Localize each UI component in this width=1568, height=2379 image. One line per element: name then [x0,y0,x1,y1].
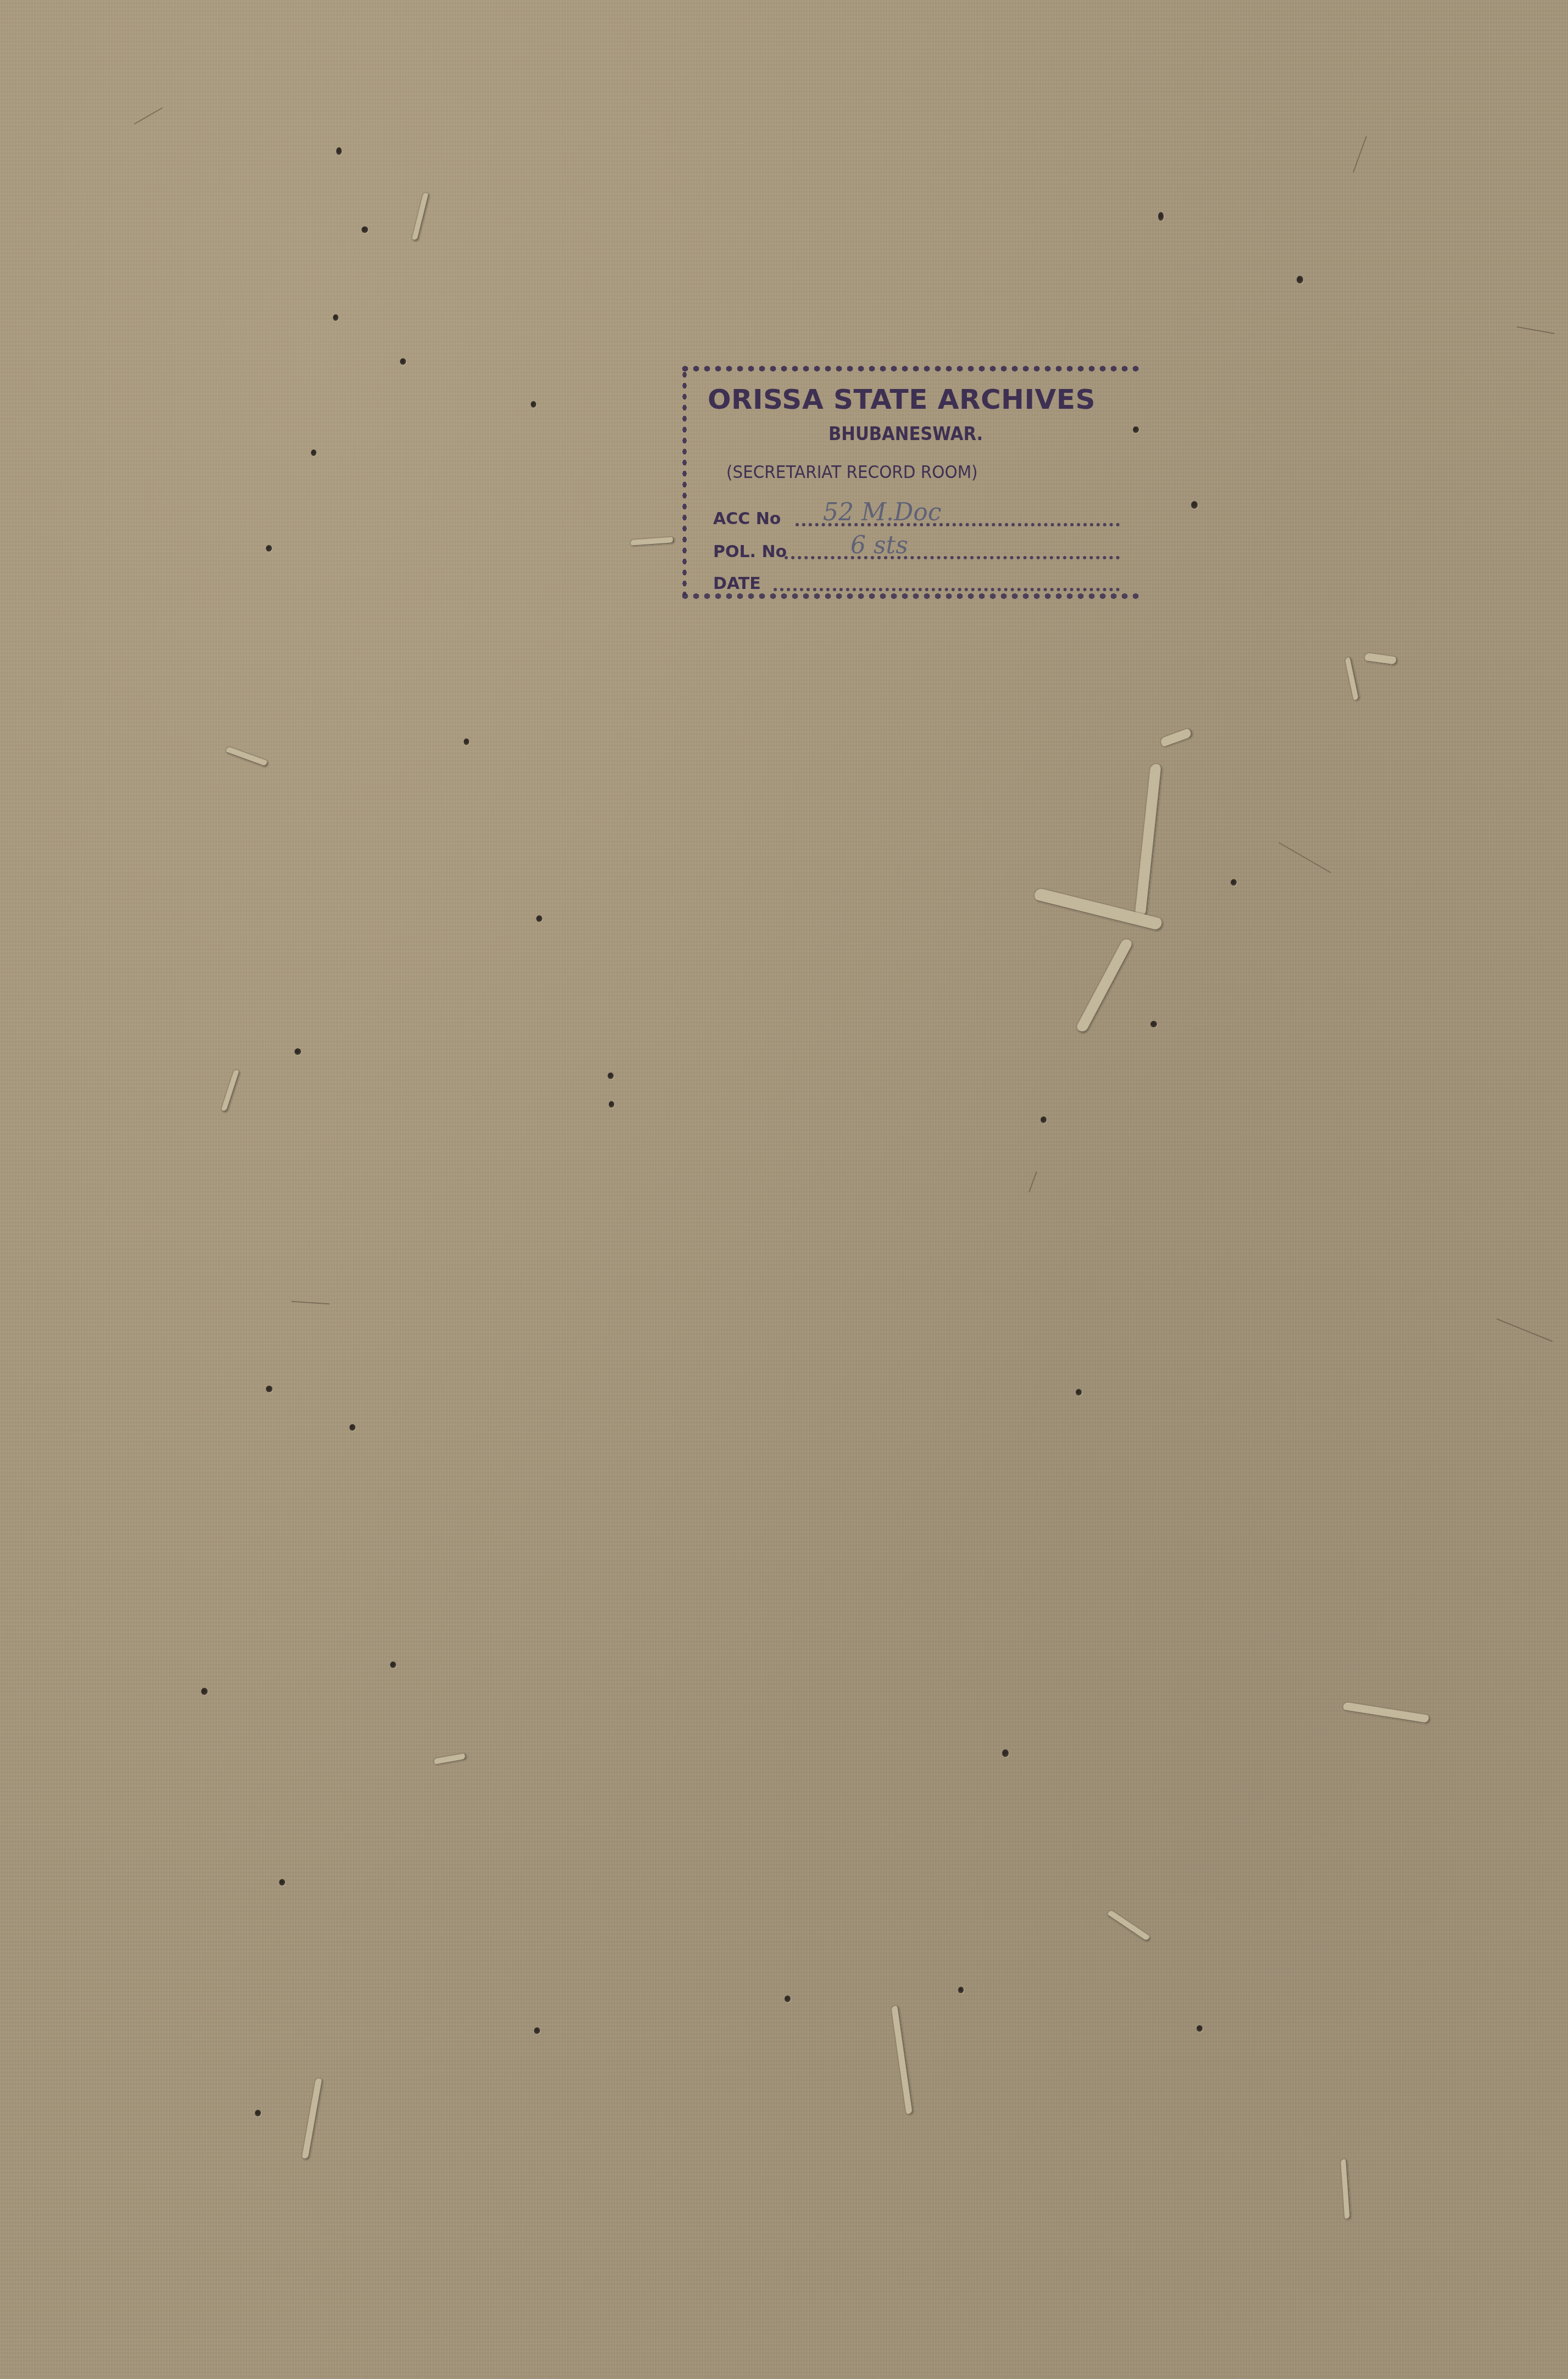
worm-hole [609,1101,614,1108]
dotted-line [785,556,1120,559]
worm-hole [349,1424,355,1431]
worm-trail [1341,2159,1352,2220]
worm-trail [1160,727,1194,748]
worm-trail [433,1753,467,1765]
worm-hole [201,1688,208,1695]
stamp-field-acc-no: ACC No 52 M.Doc [713,501,1120,532]
worm-trail [1075,937,1135,1035]
paper-fiber [1497,1318,1553,1342]
worm-hole [311,449,316,456]
paper-fiber [1028,1171,1037,1192]
paper-damage [0,0,1568,2379]
handwritten-value: 52 M.Doc [823,498,941,526]
worm-hole [1041,1116,1047,1123]
stamp-subtitle: (SECRETARIAT RECORD ROOM) [726,462,978,482]
stamp-field-pol-no: POL. No 6 sts [713,534,1120,565]
worm-trail [1343,1702,1431,1725]
worm-hole [1231,879,1237,886]
worm-trail [221,1069,241,1113]
worm-trail [1345,657,1360,702]
field-label: ACC No [713,509,781,529]
worm-hole [1158,212,1164,221]
stamp-border [680,364,1143,374]
worm-hole [958,1987,964,1993]
worm-hole [1191,501,1198,509]
stamp-title: ORISSA STATE ARCHIVES [708,383,1096,415]
worm-hole [1297,276,1303,284]
worm-hole [255,2110,261,2116]
worm-trail [302,2078,324,2160]
worm-hole [333,314,338,321]
worm-hole [279,1879,285,1886]
handwritten-value: 6 sts [850,531,908,559]
paper-fiber [1353,136,1367,173]
worm-hole [390,1661,396,1668]
field-label: POL. No [713,542,787,562]
worm-hole [1002,1749,1009,1757]
stamp-field-date: DATE [713,566,1120,597]
paper-fiber [1516,326,1554,334]
worm-trail [225,747,269,768]
worm-trail [1107,1910,1151,1943]
worm-hole [1150,1021,1157,1027]
document-cover: ORISSA STATE ARCHIVES BHUBANESWAR. (SECR… [0,0,1568,2379]
field-label: DATE [713,574,761,593]
worm-trail [1135,764,1163,918]
worm-hole [400,358,406,365]
worm-hole [266,1386,273,1392]
paper-fiber [291,1301,330,1305]
worm-trail [1364,653,1398,666]
stamp-border [680,369,689,596]
worm-hole [336,147,342,155]
worm-trail [631,537,675,547]
worm-hole [534,2027,540,2034]
dotted-line [774,588,1120,591]
worm-hole [266,545,272,552]
paper-fiber [134,107,163,125]
worm-hole [536,915,542,922]
worm-hole [362,226,368,233]
worm-hole [608,1072,614,1079]
worm-hole [785,1996,791,2002]
worm-hole [1076,1389,1082,1396]
worm-hole [531,401,536,408]
worm-hole [1197,2025,1203,2032]
paper-fiber [1278,842,1331,874]
worm-trail [412,192,430,242]
worm-hole [294,1048,301,1055]
worm-trail [1033,887,1165,932]
archive-stamp: ORISSA STATE ARCHIVES BHUBANESWAR. (SECR… [680,364,1143,601]
worm-trail [891,2005,914,2115]
stamp-city: BHUBANESWAR. [829,423,983,445]
worm-hole [464,738,469,745]
